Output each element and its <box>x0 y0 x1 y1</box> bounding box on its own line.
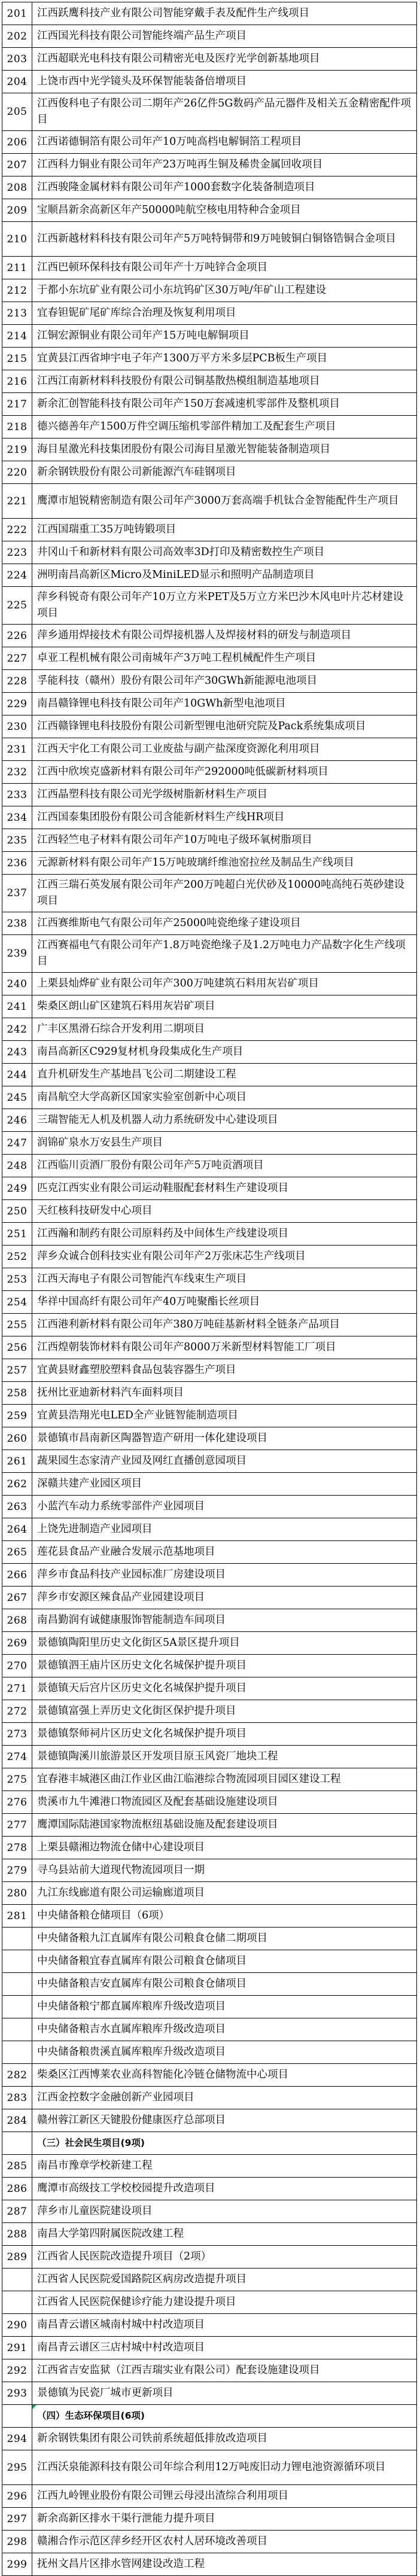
project-list-table: 201江西跃鹰科技产业有限公司智能穿戴手表及配件生产线项目202江西国光科技有限… <box>2 2 417 2576</box>
table-row: 223井冈山千和新材料有限公司高效率3D打印及精密数控生产项目 <box>2 541 416 564</box>
project-name: 中央储备粮贵溪直属库粮库升级改造项目 <box>32 2041 416 2063</box>
project-name: 上饶先进制造产业园项目 <box>32 1518 416 1540</box>
project-name: 江西国瑞重工35万吨铸锻项目 <box>32 519 416 541</box>
project-name: 江西中欣埃克盛新材料有限公司年产292000吨低碳新材料项目 <box>32 761 416 783</box>
table-row: 264上饶先进制造产业园项目 <box>2 1518 416 1541</box>
project-name: 南昌青云谱区城南村城中村改造项目 <box>32 2314 416 2336</box>
project-name: 卓亚工程机械有限公司南城年产3万吨工程机械配件生产项目 <box>32 647 416 669</box>
project-name: 萍乡众诚合创科技实业有限公司年产2万张床芯生产线项目 <box>32 1246 416 1268</box>
project-name: 鹰潭市高级技工学校校园提升改造项目 <box>32 2178 416 2200</box>
table-row: 276贵溪市九牛滩港口物流园区及配套基础设施建设项目 <box>2 1791 416 1814</box>
table-row: 208江西骏隆金属材料有限公司年产1000套数字化装备制造项目 <box>2 176 416 199</box>
table-row: 202江西国光科技有限公司智能终端产品生产项目 <box>2 25 416 48</box>
table-row: 中央储备粮宜春直属库有限公司粮食仓储项目 <box>2 1950 416 1973</box>
project-name: 江西超联光电科技有限公司精密光电及医疗光学创新基地项目 <box>32 48 416 70</box>
project-name: 萍乡市安源区辣食品产业园建设项目 <box>32 1587 416 1609</box>
row-number: 228 <box>2 670 32 692</box>
row-number: 238 <box>2 912 32 934</box>
project-name: 宜黄县财鑫塑胶塑料食品包装容器生产项目 <box>32 1359 416 1381</box>
project-name: 新余汇创智能科技有限公司年产150万套减速机零部件及整机项目 <box>32 393 416 415</box>
row-number: 245 <box>2 1086 32 1109</box>
table-row: 255江西港利新材料有限公司年产380万吨硅基新材料全链条产品项目 <box>2 1314 416 1336</box>
table-row: 212于都小东坑矿业有限公司小东坑钨矿区30万吨/年矿山工程建设 <box>2 279 416 302</box>
row-number: 261 <box>2 1450 32 1472</box>
table-row: 298赣湘合作示范区萍乡经开区农村人居环境改善项目 <box>2 2531 416 2553</box>
project-name: 宜春港丰城港区曲江作业区曲江临港综合物流园项目园区建设工程 <box>32 1768 416 1791</box>
table-row: 260景德镇市昌南新区陶器智造产研用一体化建设项目 <box>2 1427 416 1450</box>
row-number: 250 <box>2 1200 32 1222</box>
table-row: 287萍乡市儿童医院建设项目 <box>2 2200 416 2223</box>
table-row: 269景德镇陶阳里历史文化街区5A景区提升项目 <box>2 1632 416 1655</box>
project-name: 南昌航空大学高新区国家实验室创新中心项目 <box>32 1086 416 1109</box>
row-number: 220 <box>2 461 32 483</box>
table-row: 257宜黄县财鑫塑胶塑料食品包装容器生产项目 <box>2 1359 416 1382</box>
row-number: 255 <box>2 1314 32 1336</box>
row-number <box>2 2269 32 2291</box>
table-row: 259宜黄县浩翔光电LED全产业链智能制造项目 <box>2 1405 416 1427</box>
table-row: 213宜春钽铌矿尾矿库综合治理及恢复利用项目 <box>2 302 416 325</box>
table-row: 268南昌勤润有诚健康服饰智能制造车间项目 <box>2 1609 416 1632</box>
row-number: 251 <box>2 1223 32 1245</box>
project-name: 于都小东坑矿业有限公司小东坑钨矿区30万吨/年矿山工程建设 <box>32 279 416 302</box>
row-number: 205 <box>2 93 32 130</box>
row-number: 249 <box>2 1177 32 1199</box>
row-number: 247 <box>2 1132 32 1154</box>
table-row: 225萍乡科锐奇有限公司年产10万立方米PET及5万立方米巴沙木风电叶片芯材建设… <box>2 587 416 625</box>
project-name: 江西九岭锂业股份有限公司锂云母浸出渣综合利用项目 <box>32 2485 416 2507</box>
row-number: 283 <box>2 2087 32 2109</box>
project-name: 赣州蓉江新区天键股份健康医疗总部项目 <box>32 2109 416 2132</box>
table-row: 232江西中欣埃克盛新材料有限公司年产292000吨低碳新材料项目 <box>2 761 416 784</box>
table-row: 292江西省吉安监狱（江西吉瑞实业有限公司）配套设施建设项目 <box>2 2359 416 2382</box>
table-row: 278上栗县赣湘边物流仓储中心建设项目 <box>2 1837 416 1859</box>
project-name: 三瑞智能无人机及机器人动力系统研发中心建设项目 <box>32 1109 416 1131</box>
row-number: 274 <box>2 1746 32 1768</box>
table-row: 294新余钢铁集团有限公司铁前系统超低排放改造项目 <box>2 2428 416 2450</box>
row-number: 253 <box>2 1268 32 1290</box>
table-row: 203江西超联光电科技有限公司精密光电及医疗光学创新基地项目 <box>2 48 416 71</box>
row-number: 207 <box>2 154 32 176</box>
table-row: 246三瑞智能无人机及机器人动力系统研发中心建设项目 <box>2 1109 416 1132</box>
project-name: 江西瀚和制药有限公司原料药及中间体生产线建设项目 <box>32 1223 416 1245</box>
table-row: 273景德镇祭师祠片区历史文化名城保护提升项目 <box>2 1723 416 1746</box>
table-row: 201江西跃鹰科技产业有限公司智能穿戴手表及配件生产线项目 <box>2 2 416 25</box>
row-number: 268 <box>2 1609 32 1631</box>
section-header-label: （四）生态环保项目(6项) <box>32 2405 416 2427</box>
table-row: 235江西轻竺电子材料有限公司年产10万吨电子级环氧树脂项目 <box>2 829 416 852</box>
row-number: 297 <box>2 2508 32 2530</box>
table-row: 280九江东线廊道有限公司运输廊道项目 <box>2 1882 416 1905</box>
row-number: 232 <box>2 761 32 783</box>
project-name: 景德镇泗王庙片区历史文化名城保护提升项目 <box>32 1655 416 1677</box>
table-row: 265莲花县食品产业融合发展示范基地项目 <box>2 1541 416 1564</box>
table-row: 240上栗县灿烨矿业有限公司年产300万吨建筑石料用灰岩矿项目 <box>2 973 416 995</box>
table-row: 283江西金控数字金融创新产业园项目 <box>2 2087 416 2109</box>
project-name: 鹰潭市旭锐精密制造有限公司年产3000万套高端手机钛合金智能配件生产项目 <box>32 484 416 518</box>
project-name: 新余钢铁股份有限公司新能源汽车硅钢项目 <box>32 461 416 483</box>
row-number <box>2 1973 32 1995</box>
row-number: 202 <box>2 25 32 47</box>
project-name: 海目星激光科技集团股份有限公司海目星激光智能装备制造项目 <box>32 439 416 461</box>
row-number: 292 <box>2 2359 32 2382</box>
row-number: 299 <box>2 2553 32 2575</box>
project-name: 江西晶塑科技有限公司光学级树脂新材料生产项目 <box>32 784 416 806</box>
table-row: 238江西赛维斯电气有限公司年产25000吨瓷绝缘子建设项目 <box>2 912 416 935</box>
project-name: 江西天宇化工有限公司工业废盐与副产盐深度资源化利用项目 <box>32 738 416 760</box>
table-row: 233江西晶塑科技有限公司光学级树脂新材料生产项目 <box>2 784 416 806</box>
project-name: 江西赛福电气有限公司年产1.8万吨瓷绝缘子及1.2万吨电力产品数字化生产线项目 <box>32 935 416 972</box>
table-row: 249匹克江西实业有限公司运动鞋服配套材料生产建设项目 <box>2 1177 416 1200</box>
row-number <box>2 1950 32 1972</box>
row-number: 237 <box>2 875 32 912</box>
table-row: 206江西诺德铜箔有限公司年产10万吨高档电解铜箔工程项目 <box>2 131 416 154</box>
table-row: 284赣州蓉江新区天键股份健康医疗总部项目 <box>2 2109 416 2132</box>
row-number: 288 <box>2 2223 32 2245</box>
table-row: 214江铜宏源铜业有限公司年产15万吨电解铜项目 <box>2 325 416 348</box>
project-name: 元源新材料有限公司年产15万吨玻璃纤维池窑拉丝及制品生产线项目 <box>32 852 416 874</box>
project-name: 江西省人民医院爱国路院区病房改造提升项目 <box>32 2269 416 2291</box>
row-number: 244 <box>2 1064 32 1086</box>
project-name: 江西港利新材料有限公司年产380万吨硅基新材料全链条产品项目 <box>32 1314 416 1336</box>
table-row: 江西省人民医院爱国路院区病房改造提升项目 <box>2 2269 416 2291</box>
project-name: 赣湘合作示范区萍乡经开区农村人居环境改善项目 <box>32 2531 416 2553</box>
project-name: 润锦矿泉水万安县生产项目 <box>32 1132 416 1154</box>
project-name: 南昌勤润有诚健康服饰智能制造车间项目 <box>32 1609 416 1631</box>
project-name: 九江东线廊道有限公司运输廊道项目 <box>32 1882 416 1904</box>
comment-marker-icon <box>32 2405 36 2409</box>
project-name: 天红核科技研发中心项目 <box>32 1200 416 1222</box>
project-name: 直升机研发生产基地昌飞公司二期建设工程 <box>32 1064 416 1086</box>
row-number: 206 <box>2 131 32 153</box>
project-name: 景德镇陶阳里历史文化街区5A景区提升项目 <box>32 1632 416 1654</box>
table-row: 234江西国泰集团股份有限公司含能新材料生产线HR项目 <box>2 806 416 829</box>
row-number: 208 <box>2 176 32 199</box>
project-name: 寻乌县站前大道现代物流园项目一期 <box>32 1859 416 1881</box>
table-row: 226萍乡通用焊接技术有限公司焊接机器人及焊接材料的研发与制造项目 <box>2 625 416 647</box>
table-row: 237江西三瑞石英发展有限公司年产200万吨超白光伏砂及10000吨高纯石英砂建… <box>2 875 416 912</box>
table-row: 222江西国瑞重工35万吨铸锻项目 <box>2 519 416 541</box>
row-number: 266 <box>2 1564 32 1586</box>
row-number: 218 <box>2 416 32 438</box>
project-name: 萍乡通用焊接技术有限公司焊接机器人及焊接材料的研发与制造项目 <box>32 625 416 647</box>
project-name: 江西天海电子有限公司智能汽车线束生产项目 <box>32 1268 416 1290</box>
row-number: 236 <box>2 852 32 874</box>
row-number: 230 <box>2 715 32 738</box>
row-number: 226 <box>2 625 32 647</box>
row-number: 215 <box>2 348 32 370</box>
row-number: 290 <box>2 2314 32 2336</box>
row-number: 241 <box>2 995 32 1018</box>
table-row: 285南昌市豫章学校新建工程 <box>2 2155 416 2178</box>
row-number: 214 <box>2 325 32 347</box>
table-row: 242广丰区黑滑石综合开发利用二期项目 <box>2 1018 416 1041</box>
row-number: 262 <box>2 1473 32 1495</box>
row-number: 275 <box>2 1768 32 1791</box>
table-row: 254华祥中国高纤有限公司年产40万吨聚酯长丝项目 <box>2 1291 416 1314</box>
table-row: 267萍乡市安源区辣食品产业园建设项目 <box>2 1587 416 1609</box>
project-name: 江西省人民医院改造提升项目（2项） <box>32 2246 416 2268</box>
table-row: 204上饶市西中光学镜头及环保智能装备倍增项目 <box>2 71 416 93</box>
project-name: 新余钢铁集团有限公司铁前系统超低排放改造项目 <box>32 2428 416 2450</box>
row-number: 296 <box>2 2485 32 2507</box>
row-number: 246 <box>2 1109 32 1131</box>
table-row: 272景德镇富强上弄历史文化街区保护提升项目 <box>2 1700 416 1723</box>
project-name: 中央储备粮仓储项目（6项） <box>32 1905 416 1927</box>
project-name: 江西赛维斯电气有限公司年产25000吨瓷绝缘子建设项目 <box>32 912 416 934</box>
project-name: 宜黄县浩翔光电LED全产业链智能制造项目 <box>32 1405 416 1427</box>
project-name: 江西省人民医院保健诊疗能力建设提升项目 <box>32 2291 416 2313</box>
project-name: 鹰潭国际陆港国家物流枢纽基础设施及配套建设项目 <box>32 1814 416 1836</box>
row-number: 260 <box>2 1427 32 1450</box>
project-name: 华祥中国高纤有限公司年产40万吨聚酯长丝项目 <box>32 1291 416 1313</box>
row-number: 243 <box>2 1041 32 1063</box>
row-number: 285 <box>2 2155 32 2177</box>
project-name: 柴桑区朗山矿区建筑石料用灰岩矿项目 <box>32 995 416 1018</box>
table-row: 247润锦矿泉水万安县生产项目 <box>2 1132 416 1155</box>
row-number: 217 <box>2 393 32 415</box>
row-number: 267 <box>2 1587 32 1609</box>
row-number: 294 <box>2 2428 32 2450</box>
row-number: 278 <box>2 1837 32 1859</box>
project-name: 江西国泰集团股份有限公司含能新材料生产线HR项目 <box>32 806 416 829</box>
table-row: 245南昌航空大学高新区国家实验室创新中心项目 <box>2 1086 416 1109</box>
table-row: 217新余汇创智能科技有限公司年产150万套减速机零部件及整机项目 <box>2 393 416 416</box>
row-number: 252 <box>2 1246 32 1268</box>
section-header-row: （四）生态环保项目(6项) <box>2 2405 416 2428</box>
row-number: 280 <box>2 1882 32 1904</box>
row-number: 281 <box>2 1905 32 1927</box>
table-row: 228孚能科技（赣州）股份有限公司年产30GWh新能源电池项目 <box>2 670 416 693</box>
row-number: 248 <box>2 1155 32 1177</box>
table-row: 中央储备粮吉水直属库粮库升级改造项目 <box>2 2018 416 2041</box>
row-number: 203 <box>2 48 32 70</box>
table-row: 224洲明南昌高新区Micro及MiniLED显示和照明产品制造项目 <box>2 564 416 587</box>
table-row: 253江西天海电子有限公司智能汽车线束生产项目 <box>2 1268 416 1291</box>
project-name: 蔬果园生态家清产业园及网红直播创意园项目 <box>32 1450 416 1472</box>
table-row: 263小蓝汽车动力系统零部件产业园项目 <box>2 1496 416 1518</box>
table-row: 209宝顺昌新余高新区年产50000吨航空核电用特种合金项目 <box>2 199 416 222</box>
table-row: 216江西江南新材料科技股份有限公司铜基散热模组制造基地项目 <box>2 370 416 393</box>
project-name: 江西科力铜业有限公司年产23万吨再生铜及稀贵金属回收项目 <box>32 154 416 176</box>
table-row: 227卓亚工程机械有限公司南城年产3万吨工程机械配件生产项目 <box>2 647 416 670</box>
project-name: 江西骏隆金属材料有限公司年产1000套数字化装备制造项目 <box>32 176 416 199</box>
row-number: 235 <box>2 829 32 851</box>
table-row: 258抚州比亚迪新材料汽车面料项目 <box>2 1382 416 1405</box>
row-number: 282 <box>2 2064 32 2086</box>
table-row: 236元源新材料有限公司年产15万吨玻璃纤维池窑拉丝及制品生产线项目 <box>2 852 416 875</box>
table-row: 220新余钢铁股份有限公司新能源汽车硅钢项目 <box>2 461 416 484</box>
project-name: 中央储备粮宜春直属库有限公司粮食仓储项目 <box>32 1950 416 1972</box>
project-name: 匹克江西实业有限公司运动鞋服配套材料生产建设项目 <box>32 1177 416 1199</box>
row-number: 231 <box>2 738 32 760</box>
row-number: 272 <box>2 1700 32 1722</box>
project-name: 宜春钽铌矿尾矿库综合治理及恢复利用项目 <box>32 302 416 324</box>
table-row: 289江西省人民医院改造提升项目（2项） <box>2 2246 416 2269</box>
table-row: 252萍乡众诚合创科技实业有限公司年产2万张床芯生产线项目 <box>2 1246 416 1268</box>
table-row: 244直升机研发生产基地昌飞公司二期建设工程 <box>2 1064 416 1086</box>
row-number: 269 <box>2 1632 32 1654</box>
row-number: 265 <box>2 1541 32 1563</box>
table-row: 288南昌大学第四附属医院改建工程 <box>2 2223 416 2246</box>
table-row: 295江西沃泉能源科技有限公司年综合利用12万吨废旧动力锂电池资源循环项目 <box>2 2450 416 2485</box>
project-name: 南昌青云谱区三店村城中村改造项目 <box>32 2337 416 2359</box>
table-row: 282柴桑区江西博莱农业高科智能化冷链仓储物流中心项目 <box>2 2064 416 2087</box>
table-row: 275宜春港丰城港区曲江作业区曲江临港综合物流园项目园区建设工程 <box>2 1768 416 1791</box>
row-number: 295 <box>2 2450 32 2484</box>
table-row: 250天红核科技研发中心项目 <box>2 1200 416 1223</box>
project-name: 景德镇祭师祠片区历史文化名城保护提升项目 <box>32 1723 416 1745</box>
table-row: 277鹰潭国际陆港国家物流枢纽基础设施及配套建设项目 <box>2 1814 416 1837</box>
row-number: 229 <box>2 693 32 715</box>
row-number: 213 <box>2 302 32 324</box>
row-number: 221 <box>2 484 32 518</box>
project-name: 景德镇天后宫片区历史文化名城保护提升项目 <box>32 1677 416 1700</box>
row-number: 258 <box>2 1382 32 1404</box>
project-name: 贵溪市九牛滩港口物流园区及配套基础设施建设项目 <box>32 1791 416 1813</box>
row-number: 254 <box>2 1291 32 1313</box>
row-number: 240 <box>2 973 32 995</box>
row-number: 259 <box>2 1405 32 1427</box>
table-row: 262深赣共建产业园区项目 <box>2 1473 416 1496</box>
project-name: 江西临川贡酒厂股份有限公司年产5万吨贡酒项目 <box>32 1155 416 1177</box>
project-name: 中央储备粮吉安直属库有限公司粮食仓储项目 <box>32 1973 416 1995</box>
table-row: 219海目星激光科技集团股份有限公司海目星激光智能装备制造项目 <box>2 439 416 461</box>
row-number: 201 <box>2 2 32 25</box>
row-number <box>2 2018 32 2041</box>
row-number: 271 <box>2 1677 32 1700</box>
row-number: 291 <box>2 2337 32 2359</box>
section-header-label: （三）社会民生项目(9项) <box>32 2132 416 2154</box>
table-row: 江西省人民医院保健诊疗能力建设提升项目 <box>2 2291 416 2314</box>
project-name: 江西省吉安监狱（江西吉瑞实业有限公司）配套设施建设项目 <box>32 2359 416 2382</box>
row-number: 279 <box>2 1859 32 1881</box>
project-name: 萍乡市食品科技产业园标准厂房建设项目 <box>32 1564 416 1586</box>
project-name: 江西国光科技有限公司智能终端产品生产项目 <box>32 25 416 47</box>
project-name: 江西轻竺电子材料有限公司年产10万吨电子级环氧树脂项目 <box>32 829 416 851</box>
table-row: 241柴桑区朗山矿区建筑石料用灰岩矿项目 <box>2 995 416 1018</box>
table-row: 251江西瀚和制药有限公司原料药及中间体生产线建设项目 <box>2 1223 416 1246</box>
row-number: 257 <box>2 1359 32 1381</box>
table-row: 239江西赛福电气有限公司年产1.8万吨瓷绝缘子及1.2万吨电力产品数字化生产线… <box>2 935 416 973</box>
project-name: 中央储备粮九江直属库有限公司粮食仓储二期项目 <box>32 1928 416 1950</box>
table-row: 231江西天宇化工有限公司工业废盐与副产盐深度资源化利用项目 <box>2 738 416 761</box>
table-row: 261蔬果园生态家清产业园及网红直播创意园项目 <box>2 1450 416 1473</box>
project-name: 抚州比亚迪新材料汽车面料项目 <box>32 1382 416 1404</box>
table-row: 299抚州文昌片区排水管网建设改造工程 <box>2 2553 416 2575</box>
row-number: 223 <box>2 541 32 564</box>
table-row: 218德兴德善年产1500万件空调压缩机零部件精加工及配套生产项目 <box>2 416 416 439</box>
row-number <box>2 1928 32 1950</box>
project-name: 江西新越材料科技有限公司年产5万吨特铜带和9万吨铍铜白铜铬锆铜合金项目 <box>32 222 416 256</box>
project-name: 萍乡市儿童医院建设项目 <box>32 2200 416 2222</box>
row-number: 204 <box>2 71 32 93</box>
row-number: 222 <box>2 519 32 541</box>
project-name: 上饶市西中光学镜头及环保智能装备倍增项目 <box>32 71 416 93</box>
table-row: 中央储备粮贵溪直属库粮库升级改造项目 <box>2 2041 416 2064</box>
row-number: 276 <box>2 1791 32 1813</box>
project-name: 中央储备粮吉水直属库粮库升级改造项目 <box>32 2018 416 2041</box>
row-number: 233 <box>2 784 32 806</box>
table-row: 207江西科力铜业有限公司年产23万吨再生铜及稀贵金属回收项目 <box>2 154 416 176</box>
table-row: 210江西新越材料科技有限公司年产5万吨特铜带和9万吨铍铜白铜铬锆铜合金项目 <box>2 222 416 257</box>
table-row: 248江西临川贡酒厂股份有限公司年产5万吨贡酒项目 <box>2 1155 416 1177</box>
row-number <box>2 2291 32 2313</box>
row-number: 225 <box>2 587 32 624</box>
row-number: 212 <box>2 279 32 302</box>
project-name: 上栗县赣湘边物流仓储中心建设项目 <box>32 1837 416 1859</box>
row-number <box>2 2132 32 2154</box>
row-number: 219 <box>2 439 32 461</box>
row-number: 216 <box>2 370 32 392</box>
project-name: 小蓝汽车动力系统零部件产业园项目 <box>32 1496 416 1518</box>
project-name: 中央储备粮宁都直属库粮库升级改造项目 <box>32 1996 416 2018</box>
project-name: 新余高新区排水干渠行泄能力提升项目 <box>32 2508 416 2530</box>
row-number: 273 <box>2 1723 32 1745</box>
row-number: 227 <box>2 647 32 669</box>
table-row: 中央储备粮九江直属库有限公司粮食仓储二期项目 <box>2 1928 416 1950</box>
table-row: 243南昌高新区C929复材机身段集成化生产项目 <box>2 1041 416 1064</box>
table-row: 291南昌青云谱区三店村城中村改造项目 <box>2 2337 416 2359</box>
row-number: 277 <box>2 1814 32 1836</box>
project-name: 江西煌朝装饰材料有限公司年产8000万米新型材料智能工厂项目 <box>32 1336 416 1359</box>
project-name: 江铜宏源铜业有限公司年产15万吨电解铜项目 <box>32 325 416 347</box>
table-row: 205江西俊科电子有限公司二期年产26亿件5G数码产品元器件及相关五金精密配件项… <box>2 93 416 131</box>
project-name: 宜黄县江西省坤宇电子年产1300万平方米多层PCB板生产项目 <box>32 348 416 370</box>
project-name: 景德镇市昌南新区陶器智造产研用一体化建设项目 <box>32 1427 416 1450</box>
row-number: 286 <box>2 2178 32 2200</box>
project-name: 江西赣锋锂电科技股份有限公司新型锂电池研究院及Pack系统集成项目 <box>32 715 416 738</box>
project-name: 江西巴顿环保科技有限公司年产十万吨锌合金项目 <box>32 257 416 279</box>
project-name: 宝顺昌新余高新区年产50000吨航空核电用特种合金项目 <box>32 199 416 221</box>
section-header-row: （三）社会民生项目(9项) <box>2 2132 416 2155</box>
document-page: 201江西跃鹰科技产业有限公司智能穿戴手表及配件生产线项目202江西国光科技有限… <box>0 2 420 2576</box>
project-name: 南昌赣锋锂电科技有限公司年产10GWh新型电池项目 <box>32 693 416 715</box>
project-name: 江西金控数字金融创新产业园项目 <box>32 2087 416 2109</box>
table-row: 229南昌赣锋锂电科技有限公司年产10GWh新型电池项目 <box>2 693 416 715</box>
row-number: 224 <box>2 564 32 586</box>
table-row: 中央储备粮宁都直属库粮库升级改造项目 <box>2 1996 416 2018</box>
row-number: 209 <box>2 199 32 221</box>
table-row: 215宜黄县江西省坤宇电子年产1300万平方米多层PCB板生产项目 <box>2 348 416 370</box>
project-name: 洲明南昌高新区Micro及MiniLED显示和照明产品制造项目 <box>32 564 416 586</box>
table-row: 281中央储备粮仓储项目（6项） <box>2 1905 416 1928</box>
row-number: 298 <box>2 2531 32 2553</box>
row-number: 270 <box>2 1655 32 1677</box>
table-row: 290南昌青云谱区城南村城中村改造项目 <box>2 2314 416 2337</box>
table-row: 221鹰潭市旭锐精密制造有限公司年产3000万套高端手机钛合金智能配件生产项目 <box>2 484 416 519</box>
row-number: 287 <box>2 2200 32 2222</box>
row-number: 264 <box>2 1518 32 1540</box>
project-name: 广丰区黑滑石综合开发利用二期项目 <box>32 1018 416 1040</box>
row-number: 263 <box>2 1496 32 1518</box>
row-number <box>2 2405 32 2427</box>
project-name: 抚州文昌片区排水管网建设改造工程 <box>32 2553 416 2575</box>
project-name: 江西俊科电子有限公司二期年产26亿件5G数码产品元器件及相关五金精密配件项目 <box>32 93 416 130</box>
row-number: 239 <box>2 935 32 972</box>
project-name: 景德镇富强上弄历史文化街区保护提升项目 <box>32 1700 416 1722</box>
table-row: 293景德镇为民瓷厂城市更新项目 <box>2 2382 416 2405</box>
project-name: 江西诺德铜箔有限公司年产10万吨高档电解铜箔工程项目 <box>32 131 416 153</box>
row-number <box>2 2041 32 2063</box>
project-name: 上栗县灿烨矿业有限公司年产300万吨建筑石料用灰岩矿项目 <box>32 973 416 995</box>
table-row: 271景德镇天后宫片区历史文化名城保护提升项目 <box>2 1677 416 1700</box>
project-name: 江西跃鹰科技产业有限公司智能穿戴手表及配件生产线项目 <box>32 2 416 25</box>
project-name: 德兴德善年产1500万件空调压缩机零部件精加工及配套生产项目 <box>32 416 416 438</box>
row-number: 289 <box>2 2246 32 2268</box>
table-row: 中央储备粮吉安直属库有限公司粮食仓储项目 <box>2 1973 416 1996</box>
project-name: 孚能科技（赣州）股份有限公司年产30GWh新能源电池项目 <box>32 670 416 692</box>
row-number: 242 <box>2 1018 32 1040</box>
